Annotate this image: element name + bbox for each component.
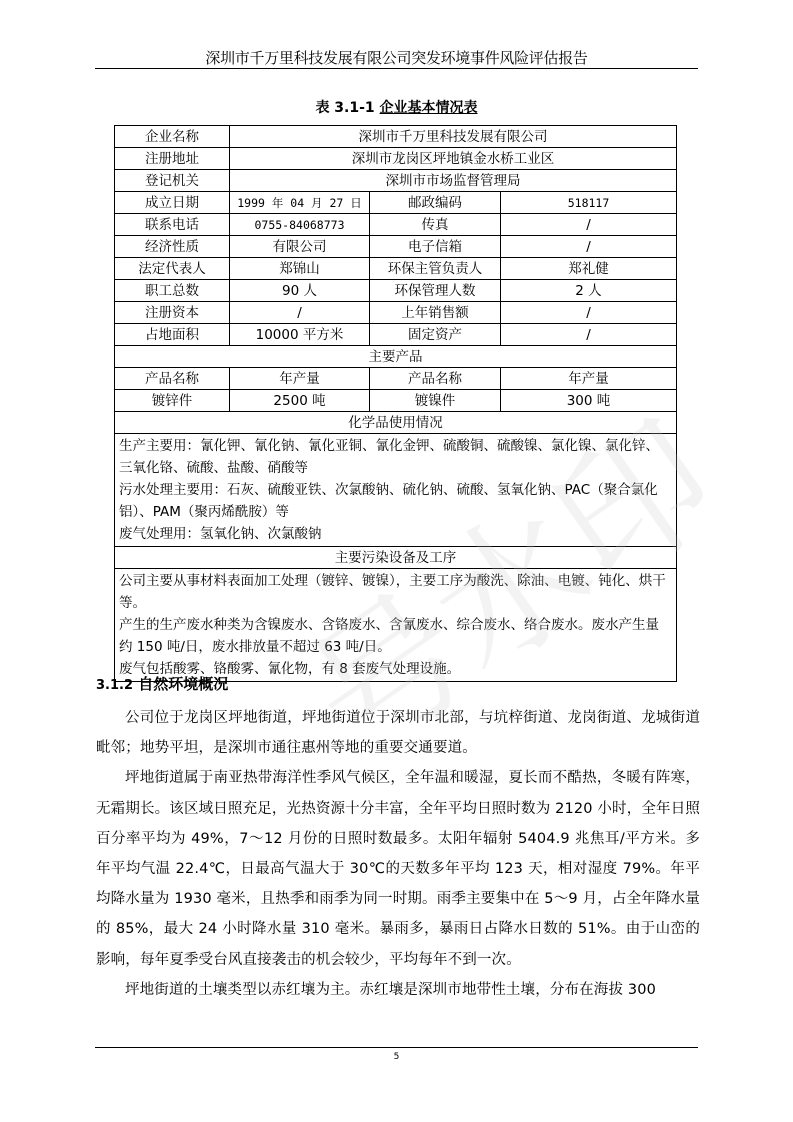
value-cell: / bbox=[501, 324, 677, 346]
value-cell: 郑礼健 bbox=[501, 258, 677, 280]
table-section-row: 化学品使用情况 bbox=[115, 412, 677, 434]
products-section-title: 主要产品 bbox=[115, 346, 677, 368]
label-cell: 固定资产 bbox=[370, 324, 501, 346]
chemicals-section-title: 化学品使用情况 bbox=[115, 412, 677, 434]
chemicals-wastewater-text: 污水处理主要用：石灰、硫酸亚铁、次氯酸钠、硫化钠、硫酸、氢氧化钠、PAC（聚合氯… bbox=[119, 479, 672, 523]
table-row: 法定代表人 郑锦山 环保主管负责人 郑礼健 bbox=[115, 258, 677, 280]
paragraph-climate: 坪地街道属于南亚热带海洋性季风气候区，全年温和暖湿，夏长而不酷热，冬暖有阵寒，无… bbox=[96, 763, 700, 974]
value-cell: 1999 年 04 月 27 日 bbox=[230, 192, 370, 214]
table-row: 注册资本 / 上年销售额 / bbox=[115, 302, 677, 324]
table-row: 经济性质 有限公司 电子信箱 / bbox=[115, 236, 677, 258]
value-cell: / bbox=[230, 302, 370, 324]
pollution-wastewater-text: 产生的生产废水种类为含镍废水、含铬废水、含氰废水、综合废水、络合废水。废水产生量… bbox=[119, 614, 672, 658]
column-header: 年产量 bbox=[230, 368, 370, 390]
pollution-section-title: 主要污染设备及工序 bbox=[115, 547, 677, 569]
label-cell: 职工总数 bbox=[115, 280, 230, 302]
pollution-content: 公司主要从事材料表面加工处理（镀锌、镀镍），主要工序为酸洗、除油、电镀、钝化、烘… bbox=[115, 569, 677, 682]
label-cell: 电子信箱 bbox=[370, 236, 501, 258]
product-output-cell: 300 吨 bbox=[501, 390, 677, 412]
section-body: 公司位于龙岗区坪地街道，坪地街道位于深圳市北部，与坑梓街道、龙岗街道、龙城街道毗… bbox=[96, 703, 700, 1005]
table-caption-title: 企业基本情况表 bbox=[380, 100, 478, 116]
table-caption: 表 3.1-1 企业基本情况表 bbox=[95, 97, 698, 117]
footer-divider bbox=[95, 1047, 698, 1048]
header-divider bbox=[95, 68, 698, 69]
value-cell: 郑锦山 bbox=[230, 258, 370, 280]
value-cell: / bbox=[501, 214, 677, 236]
label-cell: 上年销售额 bbox=[370, 302, 501, 324]
table-section-row: 主要产品 bbox=[115, 346, 677, 368]
value-cell: / bbox=[501, 302, 677, 324]
value-cell: / bbox=[501, 236, 677, 258]
value-cell: 0755-84068773 bbox=[230, 214, 370, 236]
product-name-cell: 镀镍件 bbox=[370, 390, 501, 412]
table-row: 成立日期 1999 年 04 月 27 日 邮政编码 518117 bbox=[115, 192, 677, 214]
table-caption-number: 表 3.1-1 bbox=[315, 100, 379, 116]
table-row: 企业名称 深圳市千万里科技发展有限公司 bbox=[115, 126, 677, 148]
pollution-process-text: 公司主要从事材料表面加工处理（镀锌、镀镍），主要工序为酸洗、除油、电镀、钝化、烘… bbox=[119, 570, 672, 614]
table-row: 公司主要从事材料表面加工处理（镀锌、镀镍），主要工序为酸洗、除油、电镀、钝化、烘… bbox=[115, 569, 677, 682]
product-name-cell: 镀锌件 bbox=[115, 390, 230, 412]
section-title: 自然环境概况 bbox=[138, 675, 228, 693]
table-row: 生产主要用：氰化钾、氰化钠、氰化亚铜、氰化金钾、硫酸铜、硫酸镍、氯化镍、氯化锌、… bbox=[115, 434, 677, 547]
section-number: 3.1.2 bbox=[96, 678, 133, 693]
label-cell: 环保管理人数 bbox=[370, 280, 501, 302]
label-cell: 联系电话 bbox=[115, 214, 230, 236]
label-cell: 成立日期 bbox=[115, 192, 230, 214]
label-cell: 占地面积 bbox=[115, 324, 230, 346]
label-cell: 登记机关 bbox=[115, 170, 230, 192]
document-header-title: 深圳市千万里科技发展有限公司突发环境事件风险评估报告 bbox=[95, 47, 698, 68]
product-output-cell: 2500 吨 bbox=[230, 390, 370, 412]
label-cell: 经济性质 bbox=[115, 236, 230, 258]
table-header-row: 产品名称 年产量 产品名称 年产量 bbox=[115, 368, 677, 390]
chemicals-production-text: 生产主要用：氰化钾、氰化钠、氰化亚铜、氰化金钾、硫酸铜、硫酸镍、氯化镍、氯化锌、… bbox=[119, 435, 672, 479]
column-header: 产品名称 bbox=[370, 368, 501, 390]
chemicals-exhaust-text: 废气处理用：氢氧化钠、次氯酸钠 bbox=[119, 523, 672, 545]
table-row: 职工总数 90 人 环保管理人数 2 人 bbox=[115, 280, 677, 302]
column-header: 年产量 bbox=[501, 368, 677, 390]
table-row: 联系电话 0755-84068773 传真 / bbox=[115, 214, 677, 236]
label-cell: 传真 bbox=[370, 214, 501, 236]
label-cell: 法定代表人 bbox=[115, 258, 230, 280]
table-row: 占地面积 10000 平方米 固定资产 / bbox=[115, 324, 677, 346]
company-info-table: 企业名称 深圳市千万里科技发展有限公司 注册地址 深圳市龙岗区坪地镇金水桥工业区… bbox=[114, 125, 677, 682]
section-heading: 3.1.2 自然环境概况 bbox=[96, 673, 228, 694]
label-cell: 注册地址 bbox=[115, 148, 230, 170]
company-name-value: 深圳市千万里科技发展有限公司 bbox=[230, 126, 677, 148]
table-row: 镀锌件 2500 吨 镀镍件 300 吨 bbox=[115, 390, 677, 412]
value-cell: 518117 bbox=[501, 192, 677, 214]
value-cell: 2 人 bbox=[501, 280, 677, 302]
value-cell: 有限公司 bbox=[230, 236, 370, 258]
chemicals-content: 生产主要用：氰化钾、氰化钠、氰化亚铜、氰化金钾、硫酸铜、硫酸镍、氯化镍、氯化锌、… bbox=[115, 434, 677, 547]
table-row: 登记机关 深圳市市场监督管理局 bbox=[115, 170, 677, 192]
value-cell: 90 人 bbox=[230, 280, 370, 302]
paragraph-location: 公司位于龙岗区坪地街道，坪地街道位于深圳市北部，与坑梓街道、龙岗街道、龙城街道毗… bbox=[96, 703, 700, 763]
table-row: 注册地址 深圳市龙岗区坪地镇金水桥工业区 bbox=[115, 148, 677, 170]
label-cell: 邮政编码 bbox=[370, 192, 501, 214]
label-cell: 企业名称 bbox=[115, 126, 230, 148]
page-number: 5 bbox=[95, 1052, 698, 1062]
value-cell: 10000 平方米 bbox=[230, 324, 370, 346]
column-header: 产品名称 bbox=[115, 368, 230, 390]
registration-authority-value: 深圳市市场监督管理局 bbox=[230, 170, 677, 192]
paragraph-soil: 坪地街道的土壤类型以赤红壤为主。赤红壤是深圳市地带性土壤，分布在海拔 300 bbox=[96, 975, 700, 1005]
label-cell: 环保主管负责人 bbox=[370, 258, 501, 280]
table-section-row: 主要污染设备及工序 bbox=[115, 547, 677, 569]
registered-address-value: 深圳市龙岗区坪地镇金水桥工业区 bbox=[230, 148, 677, 170]
label-cell: 注册资本 bbox=[115, 302, 230, 324]
